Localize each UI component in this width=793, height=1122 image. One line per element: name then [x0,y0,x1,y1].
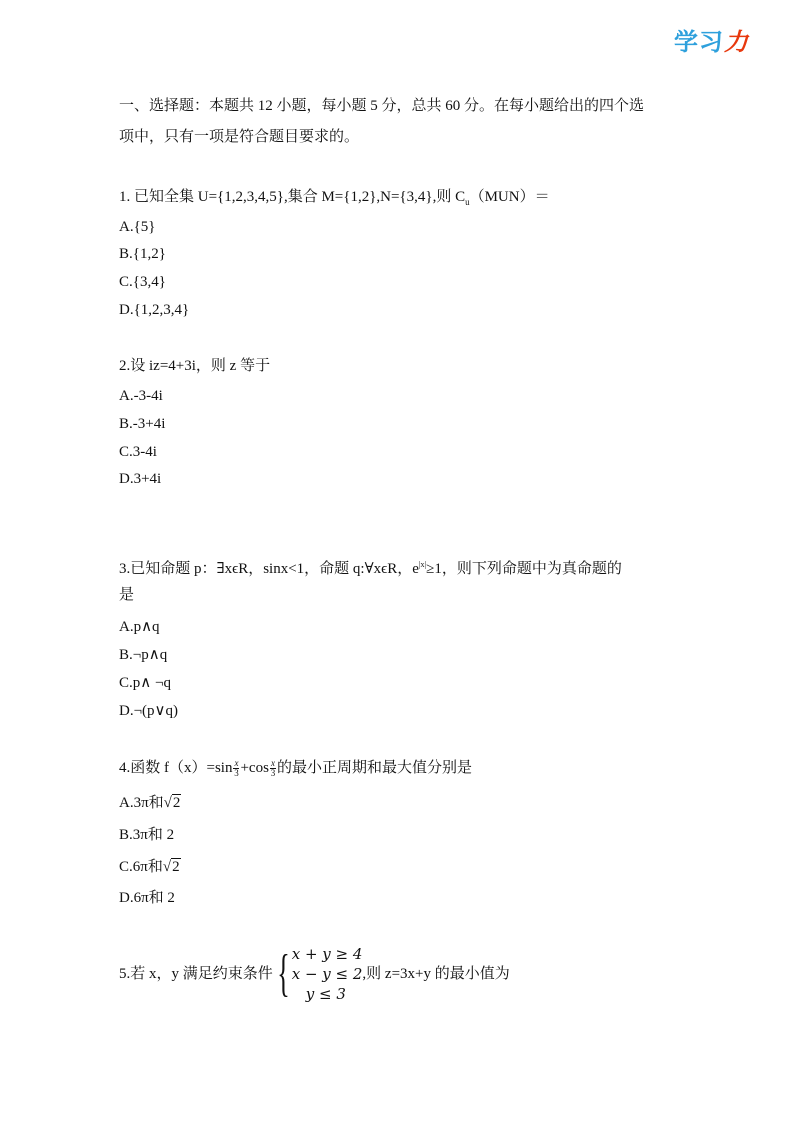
question-3-option-d: D.¬(p∨q) [119,701,178,721]
question-1-option-b: B.{1,2} [119,244,166,264]
question-4-option-b: B.3π和 2 [119,825,174,845]
question-1-option-c: C.{3,4} [119,272,166,292]
sqrt-symbol: √2 [163,857,181,877]
question-1-stem: 1. 已知全集 U={1,2,3,4,5},集合 M={1,2},N={3,4}… [119,187,550,212]
constraint-1: x + y ≥ 4 [292,944,363,964]
sqrt-symbol: √2 [164,793,182,813]
question-4-option-d: D.6π和 2 [119,888,175,908]
question-4-option-a: A.3π和√2 [119,793,181,813]
question-1-option-d: D.{1,2,3,4} [119,300,189,320]
question-3-option-b: B.¬p∧q [119,645,167,665]
question-2-stem: 2.设 iz=4+3i，则 z 等于 [119,356,270,376]
left-brace-icon: { [277,948,289,1000]
section-intro-line1: 一、选择题：本题共 12 小题，每小题 5 分，总共 60 分。在每小题给出的四… [119,96,644,116]
question-3-stem: 3.已知命题 p：∃xϵR，sinx<1，命题 q:∀xϵR，e|x|≥1，则下… [119,555,622,579]
constraint-3: y ≤ 3 [292,984,363,1004]
question-5-stem: 5.若 x，y 满足约束条件{x + y ≥ 4x − y ≤ 2 y ≤ 3,… [119,944,510,1004]
logo-text-red: 力 [724,28,749,56]
constraint-system: {x + y ≥ 4x − y ≤ 2 y ≤ 3 [273,944,363,1004]
question-2-option-d: D.3+4i [119,469,161,489]
section-intro-line2: 项中，只有一项是符合题目要求的。 [119,127,359,147]
question-2-option-a: A.-3-4i [119,386,163,406]
question-1-option-a: A.{5} [119,217,155,237]
question-2-option-b: B.-3+4i [119,414,165,434]
question-2-option-c: C.3-4i [119,442,157,462]
constraint-2: x − y ≤ 2 [292,964,363,984]
question-3-option-a: A.p∧q [119,617,160,637]
fraction-x-over-3: x3 [270,759,276,778]
fraction-x-over-3: x3 [233,759,239,778]
question-3-stem-line2: 是 [119,585,134,605]
logo-text-blue: 学习 [674,28,724,56]
brand-logo: 学习力 [674,22,749,57]
question-4-option-c: C.6π和√2 [119,857,181,877]
question-4-stem: 4.函数 f（x）=sinx3+cosx3的最小正周期和最大值分别是 [119,758,472,778]
question-3-option-c: C.p∧ ¬q [119,673,171,693]
